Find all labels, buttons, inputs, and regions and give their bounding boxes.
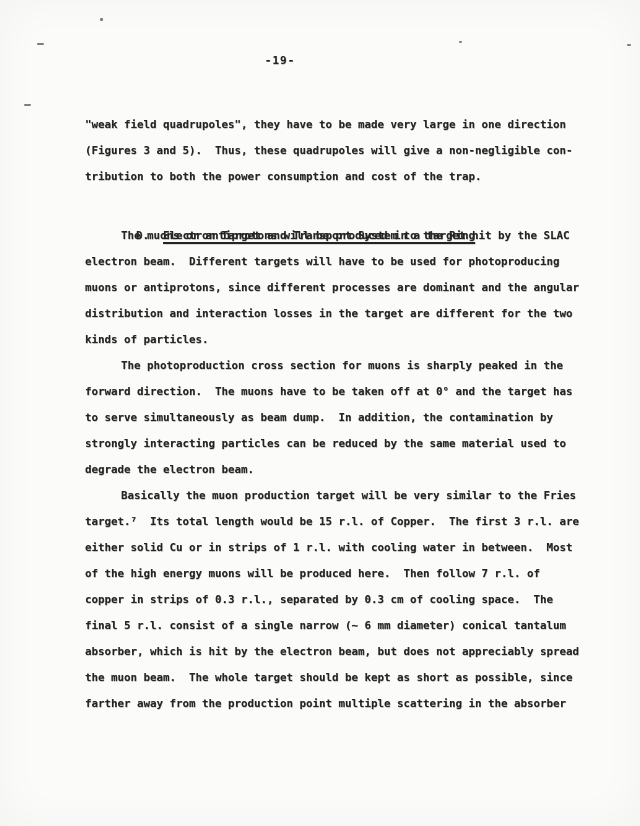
text-line: copper in strips of 0.3 r.l., separated …	[85, 587, 605, 613]
text-line: distribution and interaction losses in t…	[85, 301, 605, 327]
text-line: The photoproduction cross section for mu…	[85, 353, 605, 379]
text-line: muons or antiprotons, since different pr…	[85, 275, 605, 301]
text-line: (Figures 3 and 5). Thus, these quadrupol…	[85, 138, 605, 164]
text-line: of the high energy muons will be produce…	[85, 561, 605, 587]
page-number: -19-	[0, 54, 560, 67]
text-line: forward direction. The muons have to be …	[85, 379, 605, 405]
scan-speck	[627, 44, 631, 46]
text-line: either solid Cu or in strips of 1 r.l. w…	[85, 535, 605, 561]
text-line: The muons or antiprotons will be produce…	[85, 223, 605, 249]
document-body: "weak field quadrupoles", they have to b…	[85, 112, 605, 717]
document-page: -19- "weak field quadrupoles", they have…	[0, 0, 640, 826]
text-line: farther away from the production point m…	[85, 691, 605, 717]
paragraph: Basically the muon production target wil…	[85, 483, 605, 717]
paragraph: "weak field quadrupoles", they have to b…	[85, 112, 605, 190]
text-line: the muon beam. The whole target should b…	[85, 665, 605, 691]
scan-speck	[24, 104, 31, 106]
text-line: Basically the muon production target wil…	[85, 483, 605, 509]
paragraph: The muons or antiprotons will be produce…	[85, 223, 605, 353]
section-heading: D.Electron Target and Transport System t…	[85, 197, 605, 223]
text-line: kinds of particles.	[85, 327, 605, 353]
scan-speck	[100, 18, 103, 21]
scan-speck	[459, 41, 462, 43]
text-line: tribution to both the power consumption …	[85, 164, 605, 190]
text-line: degrade the electron beam.	[85, 457, 605, 483]
text-line: to serve simultaneously as beam dump. In…	[85, 405, 605, 431]
text-line: electron beam. Different targets will ha…	[85, 249, 605, 275]
text-line: target.⁷ Its total length would be 15 r.…	[85, 509, 605, 535]
text-line: "weak field quadrupoles", they have to b…	[85, 112, 605, 138]
paragraph: The photoproduction cross section for mu…	[85, 353, 605, 483]
text-line: absorber, which is hit by the electron b…	[85, 639, 605, 665]
scan-speck	[37, 43, 44, 45]
text-line: final 5 r.l. consist of a single narrow …	[85, 613, 605, 639]
text-line: strongly interacting particles can be re…	[85, 431, 605, 457]
